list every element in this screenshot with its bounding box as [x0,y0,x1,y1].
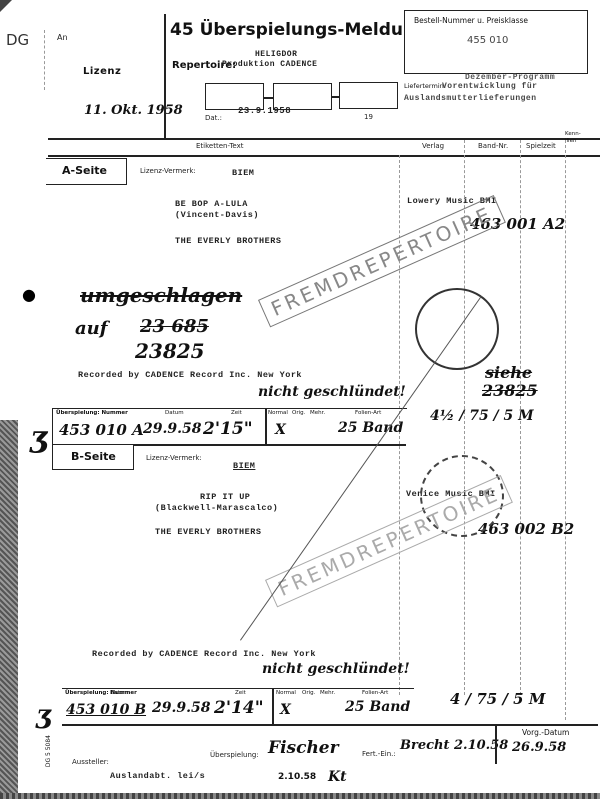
aussteller-label: Aussteller: [72,758,109,766]
a-lizenz-label: Lizenz-Vermerk: [140,167,196,175]
vorg-datum-divider [495,724,497,764]
a-lizenz-value: BIEM [232,168,254,178]
b-transfer-normal: X [280,702,291,718]
vorg-datum-value: 26.9.58 [512,740,566,755]
b-song-title: RIP IT UP [200,492,250,502]
dat-label: Dat.: [205,114,222,122]
uberspielung-signature: Fischer [268,738,339,758]
fremd-repertoire-stamp-b: FREMDREPERTOIRE [265,475,513,607]
col-verlag: Verlag [422,142,444,150]
b-table-divider [272,689,274,725]
an-label: An [57,33,68,42]
date-box-3 [339,82,398,109]
a-transfer-zeit: 2'15" [203,419,253,439]
vorg-datum-label: Vorg.-Datum [522,728,569,737]
b-composers: (Blackwell-Marascalco) [155,503,278,513]
left-code: DG [6,31,29,49]
header-divider [164,14,166,139]
box-connector [331,96,339,98]
a-th-folien: Folien-Art [355,410,381,416]
a-transfer-nummer: 453 010 A [59,421,144,439]
uberspielung-label: Überspielung: [210,751,259,759]
a-th-nummer: Überspielung: Nummer [56,410,128,416]
b-transfer-datum: 29.9.58 [152,700,210,716]
a-th-normal: Normal [268,410,288,416]
header-rule-top [48,138,600,140]
a-th-mehr: Mehr. [310,410,325,416]
side-code: DG 5 5084 [45,735,52,767]
b-transfer-folien: 25 Band [345,699,410,715]
b-th-normal: Normal [276,690,296,696]
a-handnote-new-number: 23825 [135,339,205,363]
delivery-line-3: Auslandsmutterlieferungen [404,94,537,103]
scan-corner [0,0,12,12]
b-not-cut-note: nicht geschlündet! [262,661,410,677]
a-side-label: A-Seite [62,164,107,177]
a-composers: (Vincent-Davis) [175,210,259,220]
a-handnote-old-number: 23 685 [140,316,209,337]
b-recorded-by: Recorded by CADENCE Record Inc. New York [92,649,316,659]
repertoire-value-2: Produktion CADENCE [222,60,317,69]
a-th-orig: Orig. [292,410,305,416]
b-side-label: B-Seite [71,450,116,463]
a-handnote-umgeschlagen: umgeschlagen [80,283,242,307]
lizenz-label: Lizenz [83,66,121,77]
fert-ein-signature: Brecht 2.10.58 [400,738,508,753]
a-not-cut-note: nicht geschlündet! [258,384,406,400]
left-divider [44,30,45,90]
col-spielzeit: Spielzeit [526,142,556,150]
delivery-label: Liefertermin: [404,82,446,90]
order-number-box: Bestell-Nummer u. Preisklasse 455 010 [404,10,588,74]
b-th-mehr: Mehr. [320,690,335,696]
order-box-label: Bestell-Nummer u. Preisklasse [414,16,528,25]
a-transfer-datum: 29.9.58 [143,421,201,437]
header-rule-bottom [48,155,600,157]
b-artist: THE EVERLY BROTHERS [155,527,261,537]
b-th-folien: Folien-Art [362,690,388,696]
b-lizenz-value: BIEM [233,461,255,471]
fert-ein-label: Fert.-Ein.: [362,750,396,758]
dat-value: 23.9.1958 [238,106,291,116]
col-band-nr: Band-Nr. [478,142,508,150]
footer-date-stamp: 2.10.58 [278,772,316,782]
b-th-orig: Orig. [302,690,315,696]
footer-initials: Kt [328,769,347,785]
a-song-title: BE BOP A-LULA [175,199,248,209]
order-box-value: 455 010 [467,35,508,46]
box-connector [263,97,273,99]
margin-mark-b: ʒ [36,700,51,730]
a-side-note-struck: siehe [485,363,532,382]
scan-edge-bottom [0,793,600,799]
delivery-line-2: Vorentwicklung für [442,82,537,91]
scan-edge-left [0,420,18,799]
a-transfer-normal: X [275,422,286,438]
b-th-datum: Datum [110,690,129,696]
ink-blot: ● [22,285,36,304]
a-th-zeit: Zeit [231,410,242,416]
repertoire-value-1: HELIGDOR [255,50,297,59]
a-transfer-table: Überspielung: Nummer Datum Zeit Normal O… [52,408,407,445]
margin-mark-a: ʒ [30,420,47,455]
year-prefix: 19 [364,113,373,121]
col-kennfarben: Kenn-illen [565,131,585,145]
a-spielzeit-note: 4½ / 75 / 5 M [430,408,534,424]
b-side-label-box: B-Seite [52,444,134,470]
a-side-note-number: 23825 [482,381,538,400]
b-th-zeit: Zeit [235,690,246,696]
a-recorded-by: Recorded by CADENCE Record Inc. New York [78,370,302,380]
b-lizenz-label: Lizenz-Vermerk: [146,454,202,462]
a-table-divider [265,409,267,445]
a-th-datum: Datum [165,410,184,416]
b-table-bottom [62,724,598,726]
b-transfer-zeit: 2'14" [214,698,264,718]
received-date-stamp: 11. Okt. 1958 [84,103,183,118]
delivery-line-1: Dezember-Programm [465,73,555,82]
form-title: 45 Überspielungs-Meldung [170,20,427,40]
b-transfer-nummer: 453 010 B [66,702,146,718]
a-side-label-box: A-Seite [46,158,127,185]
aussteller-value: Auslandabt. lei/s [110,771,205,781]
b-spielzeit-note: 4 / 75 / 5 M [450,690,545,708]
a-artist: THE EVERLY BROTHERS [175,236,281,246]
b-transfer-table: Überspielung: Nummer Datum Zeit Normal O… [62,688,414,725]
a-handnote-auf: auf [75,318,108,339]
col-etiketten: Etiketten-Text [196,142,244,150]
